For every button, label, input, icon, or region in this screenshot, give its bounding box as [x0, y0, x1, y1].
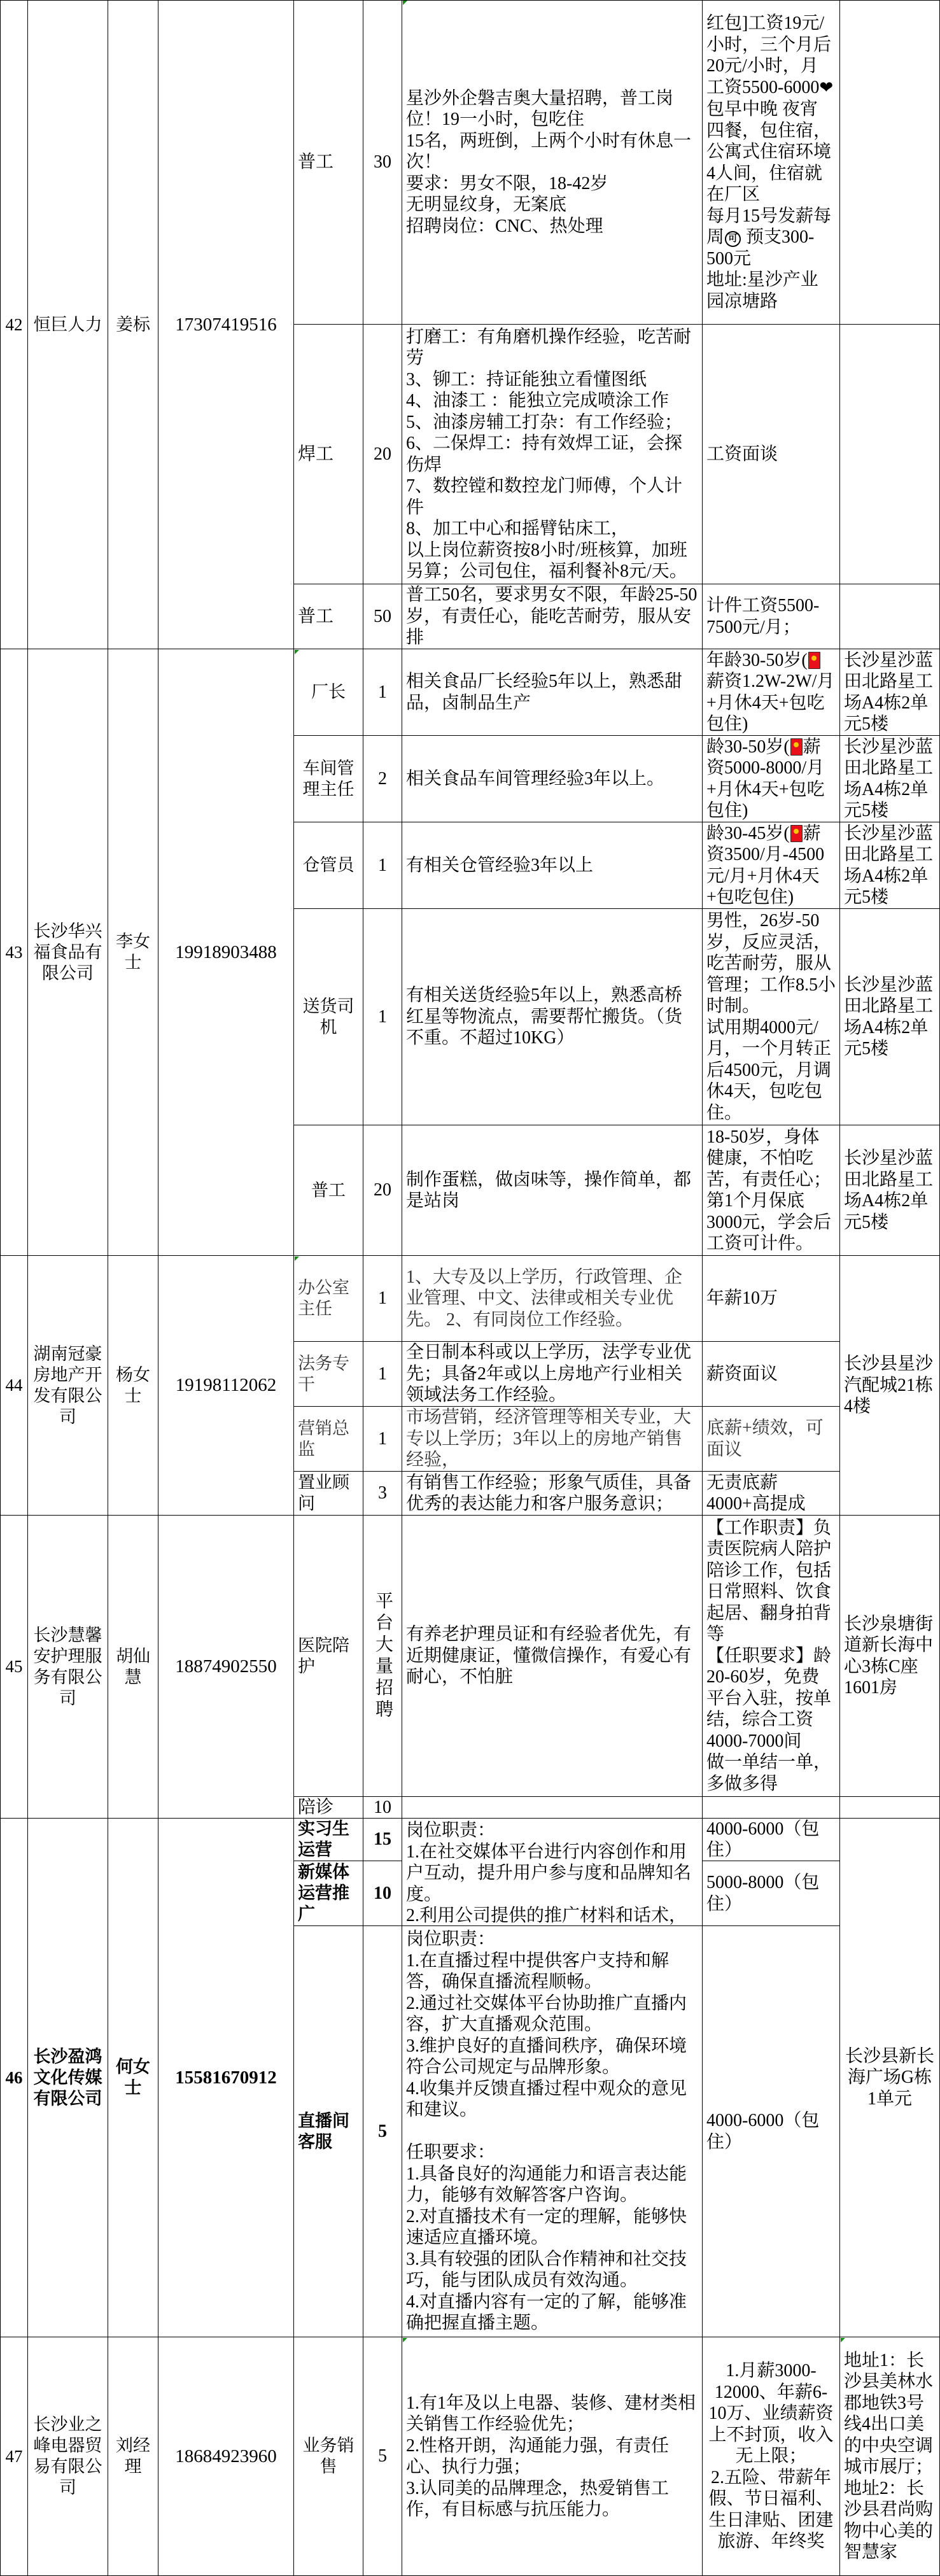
position-cell: 陪诊	[294, 1797, 363, 1819]
position: 普工	[298, 606, 333, 628]
salary: 年薪10万	[706, 1288, 778, 1309]
contact-cell: 何女士	[108, 1819, 158, 2337]
circled-ke-icon: 可	[725, 231, 741, 247]
phone-number: 18684923960	[175, 2446, 277, 2467]
requirements: 1、大专及以上学历，行政管理、企业管理、中文、法律或相关专业优先。 2、有同岗位…	[406, 1267, 698, 1331]
headcount: 3	[378, 1482, 387, 1504]
requirements-cell: 制作蛋糕，做卤味等，操作简单，都是站岗	[402, 1125, 703, 1256]
count-cell: 5	[363, 1926, 402, 2337]
salary-text: 龄30-45岁(	[706, 824, 790, 843]
position: 医院陪护	[298, 1635, 359, 1677]
phone-number: 19198112062	[176, 1375, 276, 1396]
requirements-cell: 1、大专及以上学历，行政管理、企业管理、中文、法律或相关专业优先。 2、有同岗位…	[402, 1256, 703, 1342]
count-cell: 1	[363, 1256, 402, 1342]
requirements: 相关食品厂长经验5年以上，熟悉甜品，卤制品生产	[406, 671, 698, 714]
position: 业务销售	[298, 2435, 359, 2477]
salary: 18-50岁，身体健康，不怕吃苦，有责任心；第1个月保底3000元，学会后工资可…	[706, 1127, 836, 1255]
requirements-cell	[402, 1797, 703, 1819]
salary-cell: 1.月薪3000-12000、年薪6-10万、业绩薪资上不封顶，收入无上限； 2…	[703, 2337, 840, 2576]
phone-number: 15581670912	[175, 2067, 277, 2088]
address-cell: 长沙县新长海广场G栋1单元	[840, 1819, 940, 2337]
contact-name: 胡仙慧	[112, 1646, 154, 1688]
requirements: 星沙外企磐吉奥大量招聘，普工岗位！19一小时，包吃住 15名，两班倒，上两个小时…	[406, 88, 698, 237]
salary-cell: 工资面谈	[703, 325, 840, 584]
error-indicator-icon	[295, 650, 299, 654]
count-cell: 2	[363, 736, 402, 822]
address: 长沙星沙蓝田北路星工场A4栋2单元5楼	[844, 823, 936, 908]
headcount: 1	[378, 682, 387, 703]
requirements-cell: 市场营销，经济管理等相关专业，大专以上学历；3年以上的房地产销售经验，	[402, 1407, 703, 1472]
address: 长沙县新长海广场G栋1单元	[844, 2046, 936, 2110]
address-cell: 长沙县星沙汽配城21栋4楼	[840, 1256, 940, 1516]
position-cell: 办公室主任	[294, 1256, 363, 1342]
salary: 1.月薪3000-12000、年薪6-10万、业绩薪资上不封顶，收入无上限； 2…	[706, 2360, 836, 2552]
salary: 薪资面议	[706, 1363, 778, 1385]
row-number: 47	[6, 2446, 23, 2467]
salary-cell: 底薪+绩效，可面议	[703, 1407, 840, 1472]
salary-cell: 红包]工资19元/小时，三个月后20元/小时，月工资5500-6000❤ 包早中…	[703, 0, 840, 325]
headcount: 1	[378, 855, 387, 876]
position: 办公室主任	[298, 1277, 359, 1320]
contact-name: 杨女士	[112, 1365, 154, 1407]
row-number: 45	[6, 1656, 23, 1677]
salary: 4000-6000（包住）	[706, 1819, 836, 1861]
position-cell: 新媒体运营推广	[294, 1861, 363, 1926]
address-cell: 长沙星沙蓝田北路星工场A4栋2单元5楼	[840, 1125, 940, 1256]
company-name: 湖南冠豪房地产开发有限公司	[32, 1344, 104, 1428]
salary: 男性，26岁-50岁，反应灵活，吃苦耐劳，服从管理；工作8.5小时制。 试用期4…	[706, 910, 836, 1123]
position: 焊工	[298, 444, 333, 465]
address: 长沙县星沙汽配城21栋4楼	[844, 1353, 936, 1418]
salary: 底薪+绩效，可面议	[706, 1418, 836, 1460]
requirements: 全日制本科或以上学历，法学专业优先；具备2年或以上房地产行业相关领域法务工作经验…	[406, 1342, 698, 1406]
position-cell: 实习生运营	[294, 1819, 363, 1861]
count-cell: 30	[363, 0, 402, 325]
position-cell: 送货司机	[294, 909, 363, 1125]
company-name: 恒巨人力	[34, 314, 102, 335]
contact-name: 姜标	[116, 314, 150, 335]
position-cell: 仓管员	[294, 822, 363, 909]
company-name: 长沙业之峰电器贸易有限公司	[32, 2414, 104, 2498]
count-cell: 50	[363, 584, 402, 649]
salary-cell: 龄30-50岁(薪资5000-8000/月+月休4天+包吃包住)	[703, 736, 840, 822]
count-cell: 1	[363, 1407, 402, 1472]
address-cell	[840, 325, 940, 584]
position-cell: 厂长	[294, 649, 363, 736]
salary: 计件工资5500-7500元/月；	[706, 595, 836, 638]
headcount: 10	[374, 1883, 391, 1904]
requirements-cell: 岗位职责： 1.在社交媒体平台进行内容创作和用户互动，提升用户参与度和品牌知名度…	[402, 1819, 703, 1926]
requirements: 制作蛋糕，做卤味等，操作简单，都是站岗	[406, 1169, 698, 1212]
row-number-cell: 44	[0, 1256, 28, 1516]
requirements-cell: 全日制本科或以上学历，法学专业优先；具备2年或以上房地产行业相关领域法务工作经验…	[402, 1342, 703, 1407]
position: 置业顾问	[298, 1472, 359, 1514]
position: 送货司机	[298, 996, 359, 1038]
requirements: 普工50名，要求男女不限，年龄25-50岁，有责任心，能吃苦耐劳，服从安排	[406, 584, 698, 649]
position-cell: 普工	[294, 584, 363, 649]
requirements: 有销售工作经验；形象气质佳，具备优秀的表达能力和客户服务意识；	[406, 1472, 698, 1515]
requirements-cell: 有相关仓管经验3年以上	[402, 822, 703, 909]
error-indicator-icon	[295, 1256, 299, 1261]
requirements-cell: 岗位职责： 1.在直播过程中提供客户支持和解答，确保直播流程顺畅。 2.通过社交…	[402, 1926, 703, 2337]
contact-name: 刘经理	[112, 2435, 154, 2477]
address-cell	[840, 1797, 940, 1819]
company-name: 长沙华兴福食品有限公司	[32, 921, 104, 984]
error-indicator-icon	[403, 2338, 407, 2342]
row-number: 44	[6, 1375, 23, 1396]
position: 实习生运营	[298, 1819, 359, 1861]
requirements: 有相关送货经验5年以上，熟悉高桥红星等物流点，需要帮忙搬货。（货不重。不超过10…	[406, 985, 698, 1049]
phone-number: 17307419516	[175, 314, 277, 335]
requirements: 岗位职责： 1.在直播过程中提供客户支持和解答，确保直播流程顺畅。 2.通过社交…	[406, 1929, 698, 2334]
address-cell: 长沙星沙蓝田北路星工场A4栋2单元5楼	[840, 649, 940, 736]
count-cell: 1	[363, 649, 402, 736]
headcount: 50	[374, 606, 391, 628]
red-envelope-icon	[790, 738, 803, 756]
contact-cell: 李女士	[108, 649, 158, 1256]
error-indicator-icon	[403, 1, 407, 5]
phone-cell: 17307419516	[158, 0, 294, 649]
row-number: 43	[6, 942, 23, 963]
salary-cell: 龄30-45岁(薪资3500/月-4500元/月+月休4天+包吃包住)	[703, 822, 840, 909]
salary-cell: 5000-8000（包住）	[703, 1861, 840, 1926]
headcount: 1	[378, 1006, 387, 1028]
headcount: 20	[374, 444, 391, 465]
salary-cell: 年龄30-50岁(薪资1.2W-2W/月+月休4天+包吃包住)	[703, 649, 840, 736]
error-indicator-icon	[841, 2338, 845, 2342]
salary: 龄30-50岁(薪资5000-8000/月+月休4天+包吃包住)	[706, 736, 836, 822]
requirements-cell: 有养老护理员证和有经验者优先，有近期健康证，懂微信操作，有爱心有耐心，不怕脏	[402, 1516, 703, 1797]
salary-text: 包早中晚 夜宵 四餐，包住宿，公寓式住宿环境4人间，住宿就在厂区 每月15号发薪…	[706, 99, 831, 247]
requirements-cell: 1.有1年及以上电器、装修、建材类相关销售工作经验优先； 2.性格开朗，沟通能力…	[402, 2337, 703, 2576]
position-cell: 焊工	[294, 325, 363, 584]
requirements-cell: 相关食品厂长经验5年以上，熟悉甜品，卤制品生产	[402, 649, 703, 736]
salary-text: 龄30-50岁(	[706, 737, 790, 757]
headcount: 1	[378, 1288, 387, 1309]
requirements: 有养老护理员证和有经验者优先，有近期健康证，懂微信操作，有爱心有耐心，不怕脏	[406, 1624, 698, 1688]
requirements-cell: 星沙外企磐吉奥大量招聘，普工岗位！19一小时，包吃住 15名，两班倒，上两个小时…	[402, 0, 703, 325]
salary-cell: 【工作职责】负责医院病人陪护陪诊工作，包括日常照料、饮食起居、翻身拍背等 【任职…	[703, 1516, 840, 1797]
position-cell: 普工	[294, 1125, 363, 1256]
headcount: 10	[374, 1797, 391, 1818]
headcount: 1	[378, 1428, 387, 1450]
headcount: 20	[374, 1179, 391, 1201]
position-cell: 普工	[294, 0, 363, 325]
position-cell: 直播间客服	[294, 1926, 363, 2337]
company-name-cell: 恒巨人力	[28, 0, 108, 649]
salary: 4000-6000（包住）	[706, 2110, 836, 2153]
headcount: 平台大量招聘	[373, 1591, 392, 1721]
address-cell: 地址1：长沙县美林水郡地铁3号线4出口美的中央空调城市展厅； 地址2：长沙县君尚…	[840, 2337, 940, 2576]
salary: 工资面谈	[706, 444, 778, 465]
phone-cell: 19918903488	[158, 649, 294, 1256]
phone-cell: 18684923960	[158, 2337, 294, 2576]
salary-cell: 无责底薪4000+高提成	[703, 1472, 840, 1516]
phone-cell: 15581670912	[158, 1819, 294, 2337]
row-number-cell: 47	[0, 2337, 28, 2576]
requirements: 岗位职责： 1.在社交媒体平台进行内容创作和用户互动，提升用户参与度和品牌知名度…	[406, 1820, 698, 1926]
requirements: 打磨工：有角磨机操作经验，吃苦耐劳 3、铆工：持证能独立看懂图纸 4、油漆工 ：…	[406, 327, 698, 582]
requirements: 相关食品车间管理经验3年以上。	[406, 768, 664, 790]
job-listing-table: 42 恒巨人力 姜标 17307419516 普工 30 星沙外企磐吉奥大量招聘…	[0, 0, 940, 2576]
row-number-cell: 43	[0, 649, 28, 1256]
count-cell: 平台大量招聘	[363, 1516, 402, 1797]
requirements-cell: 打磨工：有角磨机操作经验，吃苦耐劳 3、铆工：持证能独立看懂图纸 4、油漆工 ：…	[402, 325, 703, 584]
address-cell	[840, 584, 940, 649]
count-cell: 20	[363, 325, 402, 584]
company-name: 长沙慧馨安护理服务有限公司	[32, 1625, 104, 1709]
row-number-cell: 42	[0, 0, 28, 649]
salary-cell: 计件工资5500-7500元/月；	[703, 584, 840, 649]
contact-cell: 胡仙慧	[108, 1516, 158, 1819]
count-cell: 20	[363, 1125, 402, 1256]
position: 普工	[298, 151, 333, 173]
row-number: 42	[6, 314, 23, 335]
contact-name: 何女士	[112, 2057, 154, 2099]
address: 长沙星沙蓝田北路星工场A4栋2单元5楼	[844, 1148, 936, 1233]
position: 陪诊	[298, 1797, 333, 1818]
count-cell: 3	[363, 1472, 402, 1516]
contact-cell: 杨女士	[108, 1256, 158, 1516]
position: 法务专干	[298, 1353, 359, 1395]
address: 长沙泉塘街道新长海中心3栋C座1601房	[844, 1614, 936, 1699]
salary: 【工作职责】负责医院病人陪护陪诊工作，包括日常照料、饮食起居、翻身拍背等 【任职…	[706, 1517, 836, 1795]
headcount: 15	[374, 1829, 391, 1850]
count-cell: 10	[363, 1797, 402, 1819]
requirements-cell: 相关食品车间管理经验3年以上。	[402, 736, 703, 822]
salary-text: 年龄30-50岁(	[706, 651, 808, 670]
row-number-cell: 46	[0, 1819, 28, 2337]
salary: 5000-8000（包住）	[706, 1872, 836, 1915]
salary-text: 红包]工资19元/小时，三个月后20元/小时，月工资5500-6000	[706, 13, 831, 97]
salary-cell: 薪资面议	[703, 1342, 840, 1407]
salary-cell: 18-50岁，身体健康，不怕吃苦，有责任心；第1个月保底3000元，学会后工资可…	[703, 1125, 840, 1256]
salary-cell: 4000-6000（包住）	[703, 1926, 840, 2337]
requirements: 市场营销，经济管理等相关专业，大专以上学历；3年以上的房地产销售经验，	[406, 1407, 698, 1471]
requirements: 有相关仓管经验3年以上	[406, 855, 593, 876]
address: 长沙星沙蓝田北路星工场A4栋2单元5楼	[844, 736, 936, 822]
phone-number: 19918903488	[175, 942, 277, 963]
company-name-cell: 长沙盈鸿文化传媒有限公司	[28, 1819, 108, 2337]
position-cell: 医院陪护	[294, 1516, 363, 1797]
red-envelope-icon	[808, 652, 820, 669]
row-number: 46	[6, 2067, 23, 2088]
requirements-cell: 普工50名，要求男女不限，年龄25-50岁，有责任心，能吃苦耐劳，服从安排	[402, 584, 703, 649]
address: 长沙星沙蓝田北路星工场A4栋2单元5楼	[844, 975, 936, 1060]
contact-cell: 刘经理	[108, 2337, 158, 2576]
position: 营销总监	[298, 1418, 359, 1460]
count-cell: 5	[363, 2337, 402, 2576]
count-cell: 1	[363, 1342, 402, 1407]
position: 仓管员	[303, 855, 354, 876]
count-cell: 1	[363, 909, 402, 1125]
company-name-cell: 长沙华兴福食品有限公司	[28, 649, 108, 1256]
position-cell: 法务专干	[294, 1342, 363, 1407]
position-cell: 业务销售	[294, 2337, 363, 2576]
address-cell	[840, 0, 940, 325]
salary-cell: 男性，26岁-50岁，反应灵活，吃苦耐劳，服从管理；工作8.5小时制。 试用期4…	[703, 909, 840, 1125]
headcount: 1	[378, 1363, 387, 1385]
headcount: 5	[378, 2121, 387, 2143]
position: 直播间客服	[298, 2111, 359, 2153]
salary: 年龄30-50岁(薪资1.2W-2W/月+月休4天+包吃包住)	[706, 650, 836, 735]
salary: 龄30-45岁(薪资3500/月-4500元/月+月休4天+包吃包住)	[706, 823, 836, 908]
contact-cell: 姜标	[108, 0, 158, 649]
headcount: 2	[378, 768, 387, 790]
count-cell: 1	[363, 822, 402, 909]
salary: 红包]工资19元/小时，三个月后20元/小时，月工资5500-6000❤ 包早中…	[706, 13, 836, 312]
position: 厂长	[311, 682, 346, 703]
requirements-cell: 有相关送货经验5年以上，熟悉高桥红星等物流点，需要帮忙搬货。（货不重。不超过10…	[402, 909, 703, 1125]
company-name: 长沙盈鸿文化传媒有限公司	[32, 2046, 104, 2109]
address: 地址1：长沙县美林水郡地铁3号线4出口美的中央空调城市展厅； 地址2：长沙县君尚…	[844, 2350, 936, 2563]
company-name-cell: 长沙慧馨安护理服务有限公司	[28, 1516, 108, 1819]
company-name-cell: 湖南冠豪房地产开发有限公司	[28, 1256, 108, 1516]
address-cell: 长沙星沙蓝田北路星工场A4栋2单元5楼	[840, 736, 940, 822]
address: 长沙星沙蓝田北路星工场A4栋2单元5楼	[844, 650, 936, 735]
salary-cell	[703, 1797, 840, 1819]
count-cell: 15	[363, 1819, 402, 1861]
address-cell: 长沙泉塘街道新长海中心3栋C座1601房	[840, 1516, 940, 1797]
requirements-cell: 有销售工作经验；形象气质佳，具备优秀的表达能力和客户服务意识；	[402, 1472, 703, 1516]
salary-cell: 年薪10万	[703, 1256, 840, 1342]
position-cell: 置业顾问	[294, 1472, 363, 1516]
phone-cell: 18874902550	[158, 1516, 294, 1819]
salary-text: 薪资1.2W-2W/月+月休4天+包吃包住)	[706, 672, 834, 734]
position: 新媒体运营推广	[298, 1862, 359, 1925]
salary: 无责底薪4000+高提成	[706, 1472, 836, 1515]
headcount: 5	[378, 2446, 387, 2467]
heart-icon: ❤	[819, 78, 833, 97]
row-number-cell: 45	[0, 1516, 28, 1819]
phone-number: 18874902550	[175, 1656, 277, 1677]
address-cell: 长沙星沙蓝田北路星工场A4栋2单元5楼	[840, 822, 940, 909]
position: 车间管理主任	[298, 758, 359, 800]
position-cell: 营销总监	[294, 1407, 363, 1472]
salary-cell: 4000-6000（包住）	[703, 1819, 840, 1861]
red-envelope-icon	[790, 825, 803, 842]
contact-name: 李女士	[112, 931, 154, 973]
requirements: 1.有1年及以上电器、装修、建材类相关销售工作经验优先； 2.性格开朗，沟通能力…	[406, 2393, 698, 2521]
count-cell: 10	[363, 1861, 402, 1926]
phone-cell: 19198112062	[158, 1256, 294, 1516]
position-cell: 车间管理主任	[294, 736, 363, 822]
company-name-cell: 长沙业之峰电器贸易有限公司	[28, 2337, 108, 2576]
address-cell: 长沙星沙蓝田北路星工场A4栋2单元5楼	[840, 909, 940, 1125]
headcount: 30	[374, 151, 391, 173]
position: 普工	[311, 1180, 346, 1201]
